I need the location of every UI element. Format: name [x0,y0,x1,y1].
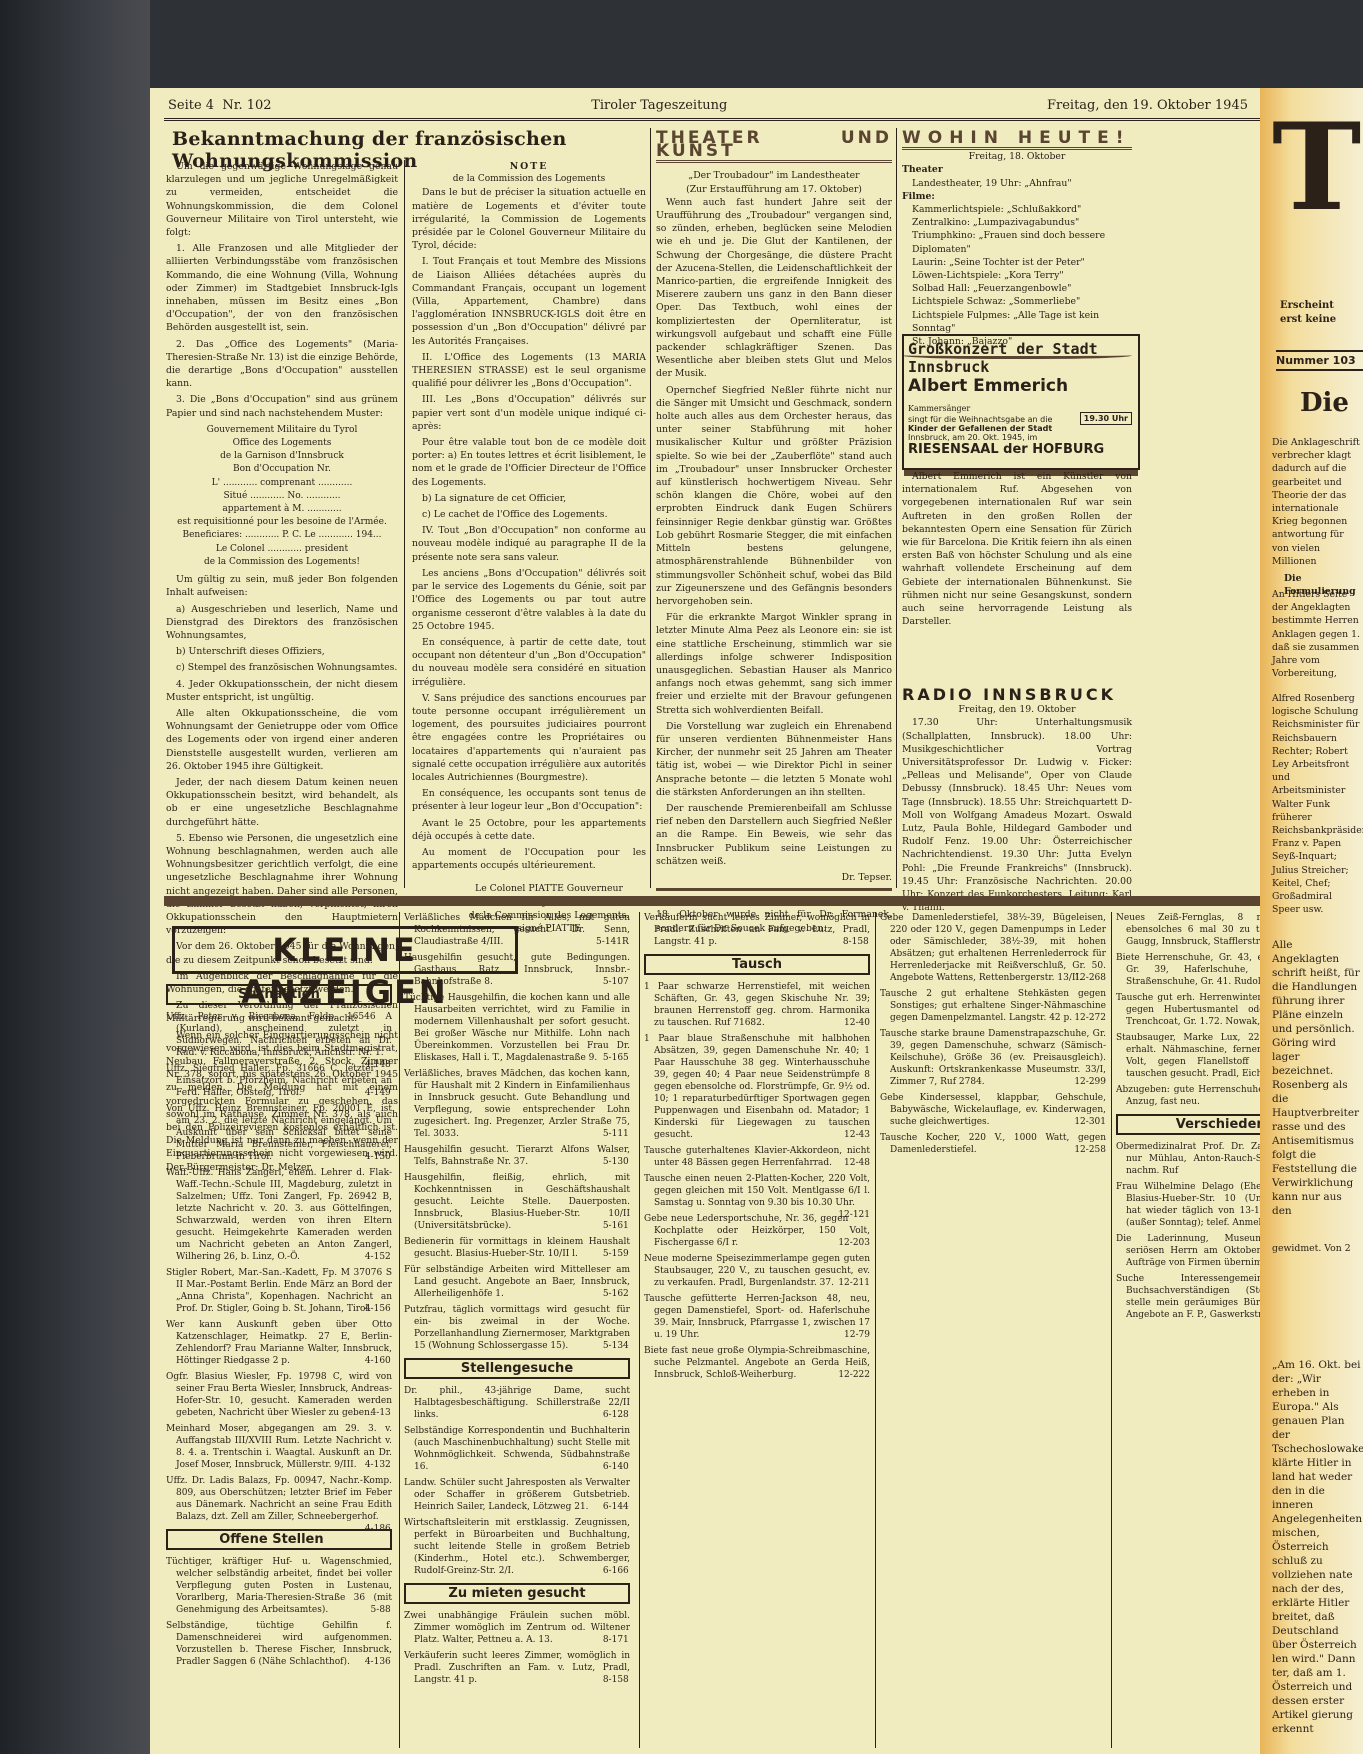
classified-ad: Tüchtiger, kräftiger Huf- u. Wagenschmie… [166,1556,392,1616]
ad-reference: 4-148 [375,1059,392,1071]
next-article-gewidmet: gewidmet. Von 2 [1272,1242,1362,1255]
theater-banner: THEATER UND KUNST [656,132,892,163]
tagline-2: erst keine [1280,314,1336,325]
classified-ad: Von Uffz. Heinz Brennsteiner, Fp. 20001 … [166,1103,392,1163]
radio-banner: RADIO INNSBRUCK [902,688,1132,703]
concert-line-2: Kinder der Gefallenen der Stadt [908,424,1134,433]
next-article-text-4: Alle Angeklagten schrift heißt, für die … [1272,938,1362,1218]
german-paragraph: Um gültig zu sein, muß jeder Bon folgend… [166,573,398,599]
next-page-edge: T Erscheint erst keine Nummer 103 Die Di… [1260,88,1363,1754]
german-paragraph: Alle alten Okkupationsscheine, die vom W… [166,707,398,773]
ad-reference: 5-162 [613,1288,630,1300]
concert-article: Albert Emmerich ist ein Künstler von int… [902,470,1132,631]
ad-reference: 4-136 [375,1656,392,1668]
issue-number: Nummer 103 [1276,350,1363,371]
classified-ad: Hausgehilfin gesucht, gute Bedingungen. … [404,952,630,988]
bon-form-line: Le Colonel ............ president [166,543,398,556]
next-article-text-2: An Hitlers Seite der Angeklagten bestimm… [1272,588,1362,680]
german-paragraph: b) Unterschrift dieses Offiziers, [166,645,398,658]
next-article-text-5: „Am 16. Okt. bei der: „Wir erheben in Eu… [1272,1358,1362,1736]
classifieds-column: Verläßliches Mädchen für Alles, mit gute… [404,912,630,1748]
french-paragraph: Pour être valable tout bon de ce modèle … [412,436,646,489]
section-divider [164,896,1260,906]
ad-reference: 8-158 [613,1674,630,1686]
bon-form-line: Bon d'Occupation Nr. [166,463,398,476]
german-point: 3. Die „Bons d'Occupation" sind aus grün… [166,393,398,419]
classified-ad: Verläßliches, braves Mädchen, das kochen… [404,1068,630,1140]
classified-ad: Uffz. Peter v. Riccabona, Feldp. 16546 A… [166,1011,392,1059]
bon-form-line: L' ............ comprenant ............ [166,477,398,490]
french-point: II. L'Office des Logements (13 MARIA THE… [412,351,646,391]
german-intro: Um die gegenwärtige Wohnungslage genau k… [166,160,398,239]
french-paragraph: V. Sans préjudice des sanctions encourue… [412,692,646,784]
theater-review-title: „Der Troubadour" im Landestheater [656,169,892,182]
french-intro: Dans le but de préciser la situation act… [412,186,646,252]
ad-reference: 12-268 [1084,972,1106,984]
ad-reference: 4-152 [375,1251,392,1263]
french-paragraph: IV. Tout „Bon d'Occupation" non conforme… [412,524,646,564]
french-paragraph: Au moment de l'Occupation pour les appar… [412,846,646,872]
ad-reference: 12-258 [1084,1144,1106,1156]
bon-form-line: Office des Logements [166,437,398,450]
classified-ad: 1 Paar schwarze Herrenstiefel, mit weich… [644,981,870,1029]
review-paragraph: Der rauschende Premierenbeifall am Schlu… [656,802,892,868]
classified-ad: Verläßliches Mädchen für Alles, mit gute… [404,912,630,948]
french-paragraph: b) La signature de cet Officier, [412,492,646,505]
classified-ad: Tausche gefütterte Herren-Jackson 48, ne… [644,1293,870,1341]
film-listing: Laurin: „Seine Tochter ist der Peter" [912,256,1132,269]
classified-ad: Stigler Robert, Mar.-San.-Kadett, Fp. M … [166,1267,392,1315]
classified-ad: Tüchtige Hausgehilfin, die kochen kann u… [404,992,630,1064]
ad-reference: 12-211 [848,1277,870,1289]
classifieds-section-heading: Zu mieten gesucht [404,1583,630,1604]
ad-reference: 8-158 [853,936,870,948]
signature-line: Le Colonel PIATTE Gouverneur [452,882,646,895]
ad-reference: 12-43 [854,1129,870,1141]
classified-ad: Putzfrau, täglich vormittags wird gesuch… [404,1304,630,1352]
ad-reference: 12-272 [1084,1012,1106,1024]
review-paragraph: Wenn auch fast hundert Jahre seit der Ur… [656,196,892,381]
review-paragraph: Opernchef Siegfried Neßler führte nicht … [656,384,892,608]
film-listing: Zentralkino: „Lumpazivagabundus" [912,216,1132,229]
masthead-letter: T [1272,108,1361,228]
french-point: I. Tout Français et tout Membre des Miss… [412,255,646,347]
ad-reference: 12-301 [1084,1116,1106,1128]
column-divider [896,128,897,888]
bon-form-line: Beneficiares: ............ P. C. Le ....… [166,529,398,542]
bon-form-line: de la Garnison d'Innsbruck [166,450,398,463]
classified-ad: Gebe Kindersessel, klappbar, Gehschule, … [880,1092,1106,1128]
french-paragraph: Les anciens „Bons d'Occupation" délivrés… [412,567,646,633]
ad-reference: 6-166 [613,1565,630,1577]
concert-text: Albert Emmerich ist ein Künstler von int… [902,470,1132,628]
concert-artist: Albert Emmerich [908,376,1068,396]
ad-reference: 12-299 [1084,1076,1106,1088]
ad-reference: 8-171 [613,1634,630,1646]
wohin-heute-banner: WOHIN HEUTE! [902,132,1132,150]
bon-form-line: Situé ............ No. ............ [166,490,398,503]
film-listing: Lichtspiele Fulpmes: „Alle Tage ist kein… [912,309,1132,335]
review-paragraph: Die Vorstellung war zugleich ein Ehrenab… [656,720,892,799]
classified-ad: Tausche 2 gut erhaltene Stehkästen gegen… [880,988,1106,1024]
radio-program: 17.30 Uhr: Unterhaltungsmusik (Schallpla… [902,716,1132,914]
ad-reference: 12-203 [848,1237,870,1249]
column-divider [404,160,405,888]
classifieds-section-heading: Offene Stellen [166,1529,392,1550]
ad-reference: 4-156 [375,1303,392,1315]
classifieds-section-heading: Stellengesuche [404,1358,630,1379]
ad-reference: 5-165 [613,1052,630,1064]
running-header: Seite 4 Nr. 102 Tiroler Tageszeitung Fre… [168,98,1248,113]
ad-reference: 4-132 [375,1459,392,1471]
ad-reference: 5-141R [606,936,630,948]
classified-ad: Tausche Kocher, 220 V., 1000 Watt, gegen… [880,1132,1106,1156]
classified-ad: Hausgehilfin gesucht. Tierarzt Alfons Wa… [404,1144,630,1168]
film-listing: Lichtspiele Schwaz: „Sommerliebe" [912,295,1132,308]
ad-reference: 5-107 [613,976,630,988]
classified-ad: Uffz. Dr. Ladis Balazs, Fp. 00947, Nachr… [166,1475,392,1523]
german-paragraph: 4. Jeder Okkupationsschein, der nicht di… [166,678,398,704]
classified-ad: Wer kann Auskunft geben über Otto Katzen… [166,1319,392,1367]
classifieds-section-heading: Tausch [644,954,870,975]
theater-listing: Landestheater, 19 Uhr: „Ahnfrau" [902,177,1132,190]
issue-date: Freitag, den 19. Oktober 1945 [1047,98,1248,113]
issue-label: Nr. 102 [222,98,271,113]
concert-venue: RIESENSAAL der HOFBURG [908,442,1134,457]
ad-reference: 6-144 [613,1501,630,1513]
classified-ad: Tausche guterhaltenes Klavier-Akkordeon,… [644,1145,870,1169]
classified-ad: Hausgehilfin, fleißig, ehrlich, mit Koch… [404,1172,630,1232]
next-article-text-3: Alfred Rosenberg logische Schulung Reich… [1272,692,1362,916]
tagline-1: Erscheint [1280,300,1334,311]
column-divider [650,128,651,888]
classified-ad: Selbständige Korrespondentin und Buchhal… [404,1425,630,1473]
classified-ad: Meinhard Moser, abgegangen am 29. 3. v. … [166,1423,392,1471]
french-subheading: de la Commission des Logements [412,173,646,186]
film-listing: Kammerlichtspiele: „Schlußakkord" [912,203,1132,216]
scan-background [0,0,150,1754]
classified-ad: Waff.-Uffz. Hans Zangerl, ehem. Lehrer d… [166,1167,392,1263]
header-rule [164,118,1260,121]
concert-time: 19.30 Uhr [1080,412,1132,425]
french-paragraph: En conséquence, à partir de cette date, … [412,636,646,689]
german-paragraph: 5. Ebenso wie Personen, die ungesetzlich… [166,832,398,938]
film-listing: Triumphkino: „Frauen sind doch bessere D… [912,229,1132,255]
classified-ad: Biete fast neue große Olympia-Schreibmas… [644,1345,870,1381]
film-listing: Solbad Hall: „Feuerzangenbowle" [912,282,1132,295]
classified-ad: Tausche starke braune Damenstrapazschuhe… [880,1028,1106,1088]
classifieds-column: SuchaktionUffz. Peter v. Riccabona, Feld… [166,978,392,1748]
concert-title: Großkonzert der Stadt Innsbruck [908,340,1134,376]
ad-reference: 5-161 [613,1220,630,1232]
artist-title: Kammersänger [908,404,970,413]
ad-reference: 6-128 [613,1409,630,1421]
theater-review-subtitle: (Zur Erstaufführung am 17. Oktober) [656,183,892,196]
article-heading: Die [1300,388,1349,418]
classified-ad: Ogfr. Blasius Wiesler, Fp. 19798 C, wird… [166,1371,392,1419]
classified-ad: Uffz. Siegfried Haller, Fp. 31666 C, let… [166,1063,392,1099]
ad-reference: 5-111 [613,1128,630,1140]
bon-form-line: appartement à M. ............ [166,503,398,516]
german-paragraph: Jeder, der nach diesem Datum keinen neue… [166,776,398,829]
review-paragraph: Für die erkrankte Margot Winkler sprang … [656,611,892,717]
ad-reference: 6-140 [613,1461,630,1473]
french-paragraph: c) Le cachet de l'Office des Logements. [412,508,646,521]
ad-reference: 4-149 [375,1087,392,1099]
classifieds-section-heading: Suchaktion [166,984,392,1005]
newspaper-page: Seite 4 Nr. 102 Tiroler Tageszeitung Fre… [150,88,1260,1754]
ad-reference: 12-79 [854,1329,870,1341]
french-paragraph: Avant le 25 Octobre, pour les appartemen… [412,817,646,843]
ad-reference: 4-13 [381,1407,392,1419]
page-label: Seite 4 [168,98,214,113]
film-listing: Löwen-Lichtspiele: „Kora Terry" [912,269,1132,282]
classified-ad: Wirtschaftsleiterin mit erstklassig. Zeu… [404,1517,630,1577]
concert-advertisement: Großkonzert der Stadt Innsbruck Albert E… [902,334,1140,470]
ad-reference: 4-150 [375,1151,392,1163]
films-label: Filme: [902,190,1132,203]
classified-ad: Verkäuferin sucht leeres Zimmer, womögli… [644,912,870,948]
bon-form-line: de la Commission des Logements! [166,556,398,569]
theater-section: THEATER UND KUNST „Der Troubadour" im La… [656,132,892,938]
listing-date: Freitag, 18. Oktober [902,150,1132,163]
ad-reference: 12-40 [854,1017,870,1029]
german-paragraph: a) Ausgeschrieben und leserlich, Name un… [166,603,398,643]
german-point: 1. Alle Franzosen und alle Mitglieder de… [166,242,398,334]
ad-reference: 4-160 [375,1355,392,1367]
classified-ad: Bedienerin für vormittags in kleinem Hau… [404,1236,630,1260]
french-heading: NOTE [412,160,646,173]
announcement-french: NOTE de la Commission des Logements Dans… [412,160,646,935]
ad-reference: 5-130 [613,1156,630,1168]
classified-ad: Selbständige, tüchtige Gehilfin f. Damen… [166,1620,392,1668]
ad-reference: 12-48 [854,1157,870,1169]
german-point: 2. Das „Office des Logements" (Maria-The… [166,338,398,391]
classifieds-column: Gebe Damenlederstiefel, 38½-39, Bügeleis… [880,912,1106,1748]
wohin-heute-section: WOHIN HEUTE! Freitag, 18. Oktober Theate… [902,132,1132,359]
concert-line-3: Innsbruck, am 20. Okt. 1945, im [908,433,1134,442]
french-point: III. Les „Bons d'Occupation" délivrés su… [412,393,646,433]
classified-ad: Zwei unabhängige Fräulein suchen möbl. Z… [404,1610,630,1646]
classified-ad: Verkäuferin sucht leeres Zimmer, womögli… [404,1650,630,1686]
next-article-text-1: Die Anklageschrift verbrecher klagt dadu… [1272,436,1362,568]
classified-ad: 1 Paar blaue Straßenschuhe mit halbhohen… [644,1033,870,1141]
radio-date: Freitag, den 19. Oktober [902,703,1132,716]
review-author: Dr. Tepser. [656,871,892,884]
classified-ad: Tausche einen neuen 2-Platten-Kocher, 22… [644,1173,870,1209]
classified-ad: Dr. phil., 43-jährige Dame, sucht Halbta… [404,1385,630,1421]
radio-section: RADIO INNSBRUCK Freitag, den 19. Oktober… [902,688,1132,917]
ad-reference: 5-88 [381,1604,392,1616]
ad-reference: 5-134 [613,1340,630,1352]
ad-reference: 4-186 [375,1523,392,1535]
ad-reference: 12-222 [848,1369,870,1381]
classified-ad: Neue moderne Speisezimmerlampe gegen gut… [644,1253,870,1289]
bon-form-line: est requisitionné pour les besoine de l'… [166,516,398,529]
classifieds-column: Verkäuferin sucht leeres Zimmer, womögli… [644,912,870,1748]
german-paragraph: c) Stempel des französischen Wohnungsamt… [166,661,398,674]
bon-form-line: Gouvernement Militaire du Tyrol [166,424,398,437]
french-paragraph: En conséquence, les occupants sont tenus… [412,787,646,813]
classified-ad: Für selbständige Arbeiten wird Mittelles… [404,1264,630,1300]
classified-ad: Gebe neue Ledersportschuhe, Nr. 36, gege… [644,1213,870,1249]
ad-reference: 12-121 [848,1209,870,1221]
classified-ad: Gebe Damenlederstiefel, 38½-39, Bügeleis… [880,912,1106,984]
ad-reference: 5-159 [613,1248,630,1260]
classified-ad: Landw. Schüler sucht Jahresposten als Ve… [404,1477,630,1513]
theater-label: Theater [902,163,1132,176]
newspaper-name: Tiroler Tageszeitung [591,98,727,113]
